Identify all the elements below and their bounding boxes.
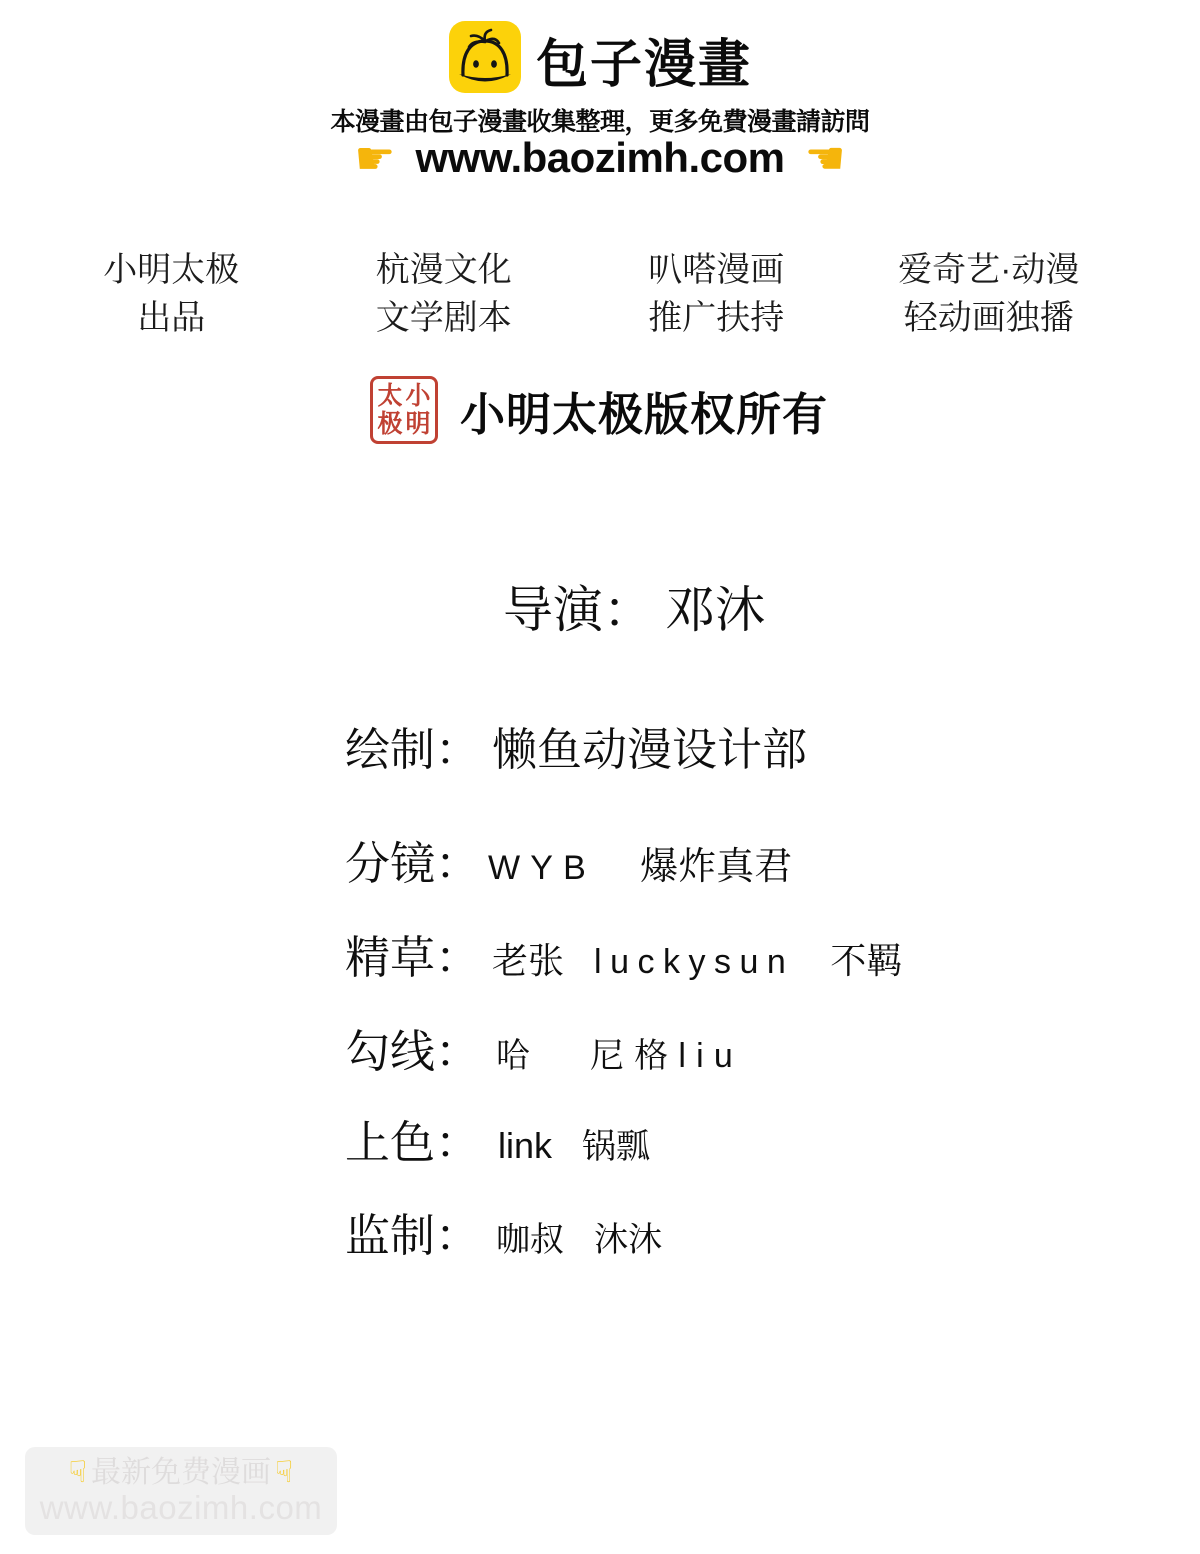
- credit-name: 爆炸真君: [640, 835, 792, 890]
- sponsor-role: 文学剧本: [308, 294, 581, 342]
- pointing-right-icon: ☛: [354, 135, 395, 181]
- credit-label: 导演：: [503, 570, 653, 642]
- sponsor-name: 杭漫文化: [308, 246, 581, 294]
- watermark-text: 最新免费漫画: [91, 1456, 271, 1489]
- credit-name: link: [498, 1125, 552, 1167]
- copyright-seal-icon: 太 小 极 明: [370, 376, 438, 444]
- credit-name: 锅瓢: [582, 1119, 650, 1168]
- credit-name: 懒鱼动漫设计部: [492, 713, 807, 778]
- credit-label: 精草：: [345, 921, 480, 986]
- credit-label: 勾线：: [345, 1015, 480, 1080]
- sponsor-role: 轻动画独播: [853, 294, 1126, 342]
- sponsor-role: 出品: [35, 294, 308, 342]
- watermark-line1: ☟ 最新免费漫画 ☟: [69, 1456, 294, 1489]
- brand-title: 包子漫畫: [536, 22, 752, 97]
- pointing-down-icon: ☟: [69, 1456, 87, 1489]
- sponsor-item: 杭漫文化 文学剧本: [308, 246, 581, 342]
- site-url: www.baozimh.com: [416, 134, 785, 182]
- credit-row-storyboard: 分镜： WYB 爆炸真君: [345, 827, 792, 892]
- pointing-down-icon: ☟: [275, 1456, 293, 1489]
- credit-label: 上色：: [345, 1106, 480, 1171]
- credit-name: 不羁: [830, 933, 902, 984]
- credit-name: luckysun: [594, 943, 794, 982]
- sponsor-name: 小明太极: [35, 246, 308, 294]
- seal-char: 极: [377, 412, 402, 437]
- credit-row-coloring: 上色： link 锅瓢: [345, 1106, 650, 1171]
- sponsor-item: 小明太极 出品: [35, 246, 308, 342]
- credit-row-supervision: 监制： 咖叔 沐沐: [345, 1199, 662, 1264]
- copyright-text: 小明太极版权所有: [460, 378, 828, 443]
- credit-name: 老张: [492, 933, 564, 984]
- credit-name: 邓沐: [665, 570, 765, 642]
- sponsor-item: 叭嗒漫画 推广扶持: [580, 246, 853, 342]
- seal-char: 小: [405, 384, 430, 409]
- url-banner: ☛ www.baozimh.com ☚: [0, 134, 1200, 182]
- brand-header: 包子漫畫: [0, 20, 1200, 99]
- sponsor-role: 推广扶持: [580, 294, 853, 342]
- credit-name: WYB: [488, 849, 596, 888]
- credit-name: 咖叔: [496, 1212, 564, 1261]
- watermark-badge: ☟ 最新免费漫画 ☟ www.baozimh.com: [25, 1447, 337, 1535]
- credit-row-lineart: 勾线： 哈 尼格liu: [345, 1015, 743, 1080]
- credit-label: 监制：: [345, 1199, 480, 1264]
- credit-label: 分镜：: [345, 827, 480, 892]
- seal-char: 太: [377, 384, 402, 409]
- credit-row-drawing: 绘制： 懒鱼动漫设计部: [345, 713, 807, 778]
- sponsor-name: 爱奇艺·动漫: [853, 246, 1126, 294]
- credit-name: 尼格liu: [590, 1028, 743, 1077]
- credit-name: 哈: [496, 1028, 530, 1077]
- sponsors-grid: 小明太极 出品 杭漫文化 文学剧本 叭嗒漫画 推广扶持 爱奇艺·动漫 轻动画独播: [35, 246, 1125, 342]
- credit-name: 沐沐: [594, 1212, 662, 1261]
- sponsor-name: 叭嗒漫画: [580, 246, 853, 294]
- credit-row-draft: 精草： 老张 luckysun 不羁: [345, 921, 902, 986]
- tagline: 本漫畫由包子漫畫收集整理，更多免費漫畫請訪問: [0, 102, 1200, 138]
- credit-label: 绘制：: [345, 713, 480, 778]
- baozi-logo-icon: [448, 20, 522, 99]
- pointing-left-icon: ☚: [804, 135, 845, 181]
- comic-credits-page: 包子漫畫 本漫畫由包子漫畫收集整理，更多免費漫畫請訪問 ☛ www.baozim…: [0, 0, 1200, 1554]
- watermark-url: www.baozimh.com: [40, 1489, 323, 1527]
- copyright-row: 太 小 极 明 小明太极版权所有: [370, 376, 828, 444]
- sponsor-item: 爱奇艺·动漫 轻动画独播: [853, 246, 1126, 342]
- seal-char: 明: [405, 412, 430, 437]
- credit-row-director: 导演： 邓沐: [503, 570, 765, 642]
